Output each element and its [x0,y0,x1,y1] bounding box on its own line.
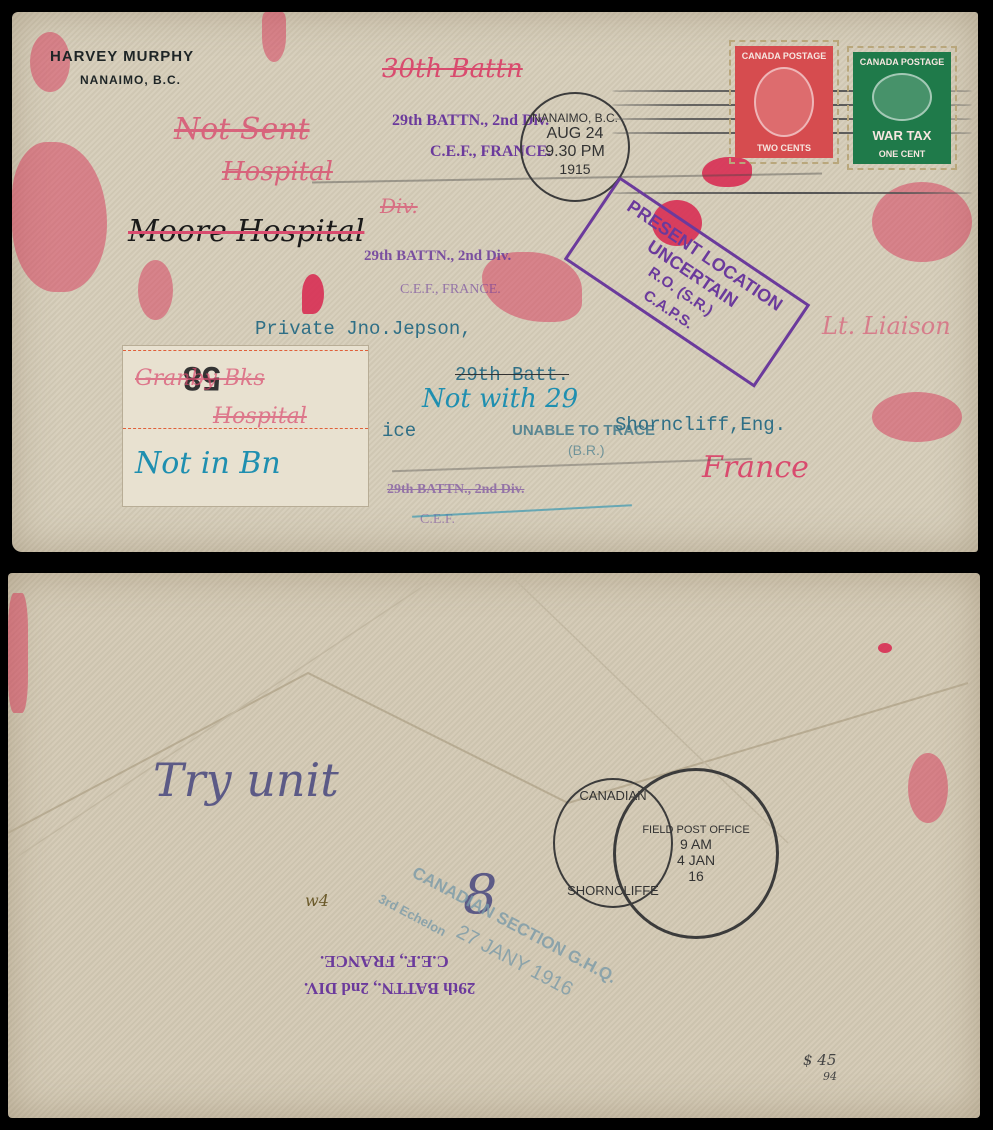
machine-cancel-line [612,192,972,194]
unit-handstamp3-line1: 29th BATTN., 2nd Div. [387,482,524,498]
note-not-sent: Not Sent [174,112,310,147]
note-30th-battn: 30th Battn [382,54,523,84]
label-rule [123,350,368,351]
sender-location: NANAIMO, B.C. [80,73,181,87]
back-unit-handstamp-line1: 29th BATTN., 2nd DIV. [304,978,475,998]
note-liaison: Lt. Liaison [822,312,951,340]
postmark-ring-text: FIELD POST OFFICE [642,824,749,836]
address-service: ice [382,420,416,442]
postmark-time: 9.30 PM [545,143,605,161]
postmark-date: 4 JAN [677,852,715,868]
stamp-war-tax: CANADA POSTAGE WAR TAX ONE CENT [847,46,957,170]
ink-blot [872,182,972,262]
postmark-time: 9 AM [680,836,712,852]
pencil-strike [392,458,752,473]
unable-to-trace-stamp: UNABLE TO TRACE [512,422,655,439]
envelope-front: HARVEY MURPHY NANAIMO, B.C. 30th Battn N… [12,12,978,552]
stamp-value: TWO CENTS [757,143,811,153]
sender-name: HARVEY MURPHY [50,48,194,65]
price-note-2: 94 [823,1070,837,1083]
postmark-year: 16 [688,868,704,884]
ink-blot [302,274,324,314]
note-blue-mid: Not with 29 [422,384,578,414]
king-portrait-icon [872,73,932,121]
address-name: Private Jno.Jepson, [255,318,472,340]
back-unit-handstamp-line2: C.E.F., FRANCE. [320,951,449,971]
ink-blot [262,12,286,62]
postmark-year: 1915 [559,161,590,177]
ink-blot [12,142,107,292]
blue-strike [412,504,632,518]
note-france: France [702,450,809,485]
ink-blot [138,260,173,320]
envelope-flap-lines [8,573,980,1118]
note-brown: w4 [305,891,329,910]
stamp-country: CANADA POSTAGE [860,57,945,67]
label-note-not-in-bn: Not in Bn [135,446,281,481]
label-note-granby: Granby Bks [135,366,265,391]
postmark-field-post-office: FIELD POST OFFICE 9 AM 4 JAN 16 [613,768,779,939]
label-note-hospital: Hospital [213,404,307,429]
postmark-town: NANAIMO, B.C. [532,111,618,125]
envelope-back: Try unit 8 w4 CANADIAN SECTION G.H.Q. 3r… [8,573,980,1118]
postmark-date: AUG 24 [547,125,604,143]
stamp-two-cents: CANADA POSTAGE TWO CENTS [729,40,839,164]
price-note: $ 45 [803,1051,836,1069]
note-div: Div. [380,194,418,218]
ink-blot [872,392,962,442]
redirect-label: 58 Granby Bks Hospital Not in Bn [122,345,369,507]
stamp-value: ONE CENT [879,149,926,159]
unable-to-trace-code: (B.R.) [568,442,605,458]
stamp-country: CANADA POSTAGE [742,51,827,61]
note-try-unit: Try unit [153,753,339,807]
king-portrait-icon [754,67,814,137]
ink-blot [878,643,892,653]
unit-handstamp2-line2: C.E.F., FRANCE. [400,282,501,298]
ink-blot [8,593,28,713]
stamp-overprint: WAR TAX [873,128,932,143]
note-moore-hospital: Moore Hospital [128,214,364,249]
ink-blot [908,753,948,823]
address-unit: 29th Batt. [455,364,569,386]
unit-handstamp2-line1: 29th BATTN., 2nd Div. [364,248,511,265]
